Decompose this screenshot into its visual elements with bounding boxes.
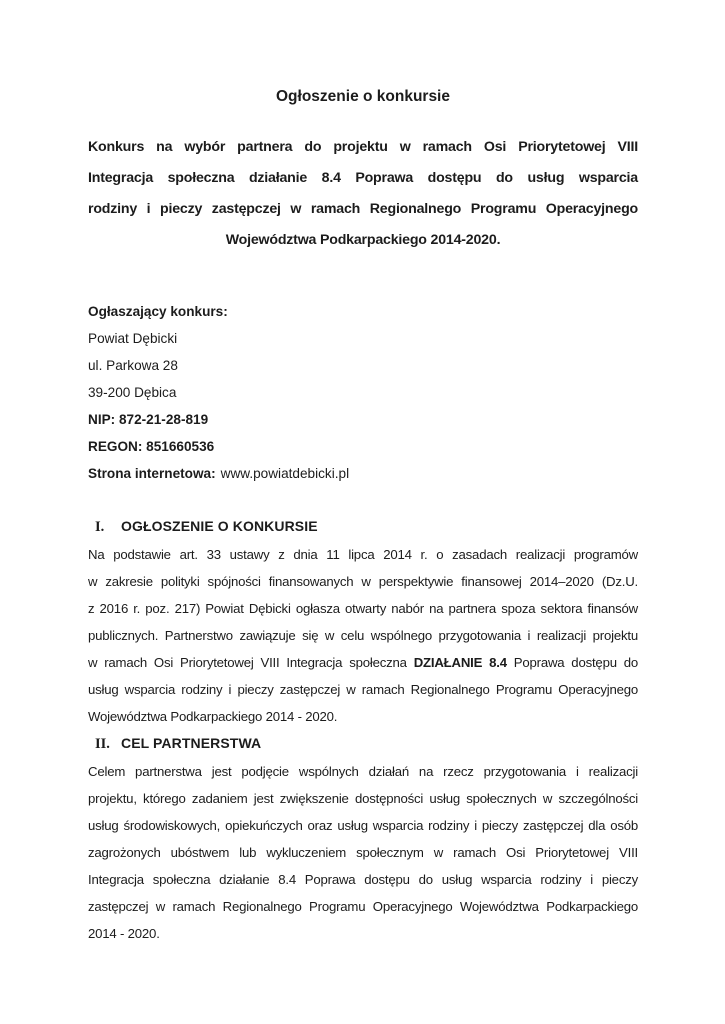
section-1-body: Na podstawie art. 33 ustawy z dnia 11 li… — [88, 541, 638, 730]
text-line: Województwa Podkarpackiego 2014-2020. — [88, 225, 638, 256]
text-line: usług środowiskowych, opiekuńczych oraz … — [88, 812, 638, 839]
section-2-number: II. — [95, 731, 121, 758]
section-2-body: Celem partnerstwa jest podjęcie wspólnyc… — [88, 758, 638, 947]
text-line: usług wsparcia rodziny i pieczy zastępcz… — [88, 676, 638, 703]
text-line: rodziny i pieczy zastępczej w ramach Reg… — [88, 194, 638, 225]
text-line: Integracja społeczna działanie 8.4 Popra… — [88, 866, 638, 893]
website-url: www.powiatdebicki.pl — [221, 466, 349, 481]
text-line: Integracja społeczna działanie 8.4 Popra… — [88, 163, 638, 194]
text-line: w ramach Osi Priorytetowej VIII Integrac… — [88, 649, 638, 676]
section-1-heading: I. OGŁOSZENIE O KONKURSIE — [88, 513, 638, 541]
text-line: 2014 - 2020. — [88, 920, 638, 947]
section-2-title: CEL PARTNERSTWA — [121, 730, 261, 757]
section-2-heading: II. CEL PARTNERSTWA — [88, 730, 638, 758]
text-line: zastępczej w ramach Regionalnego Program… — [88, 893, 638, 920]
announcer-name: Powiat Dębicki — [88, 325, 638, 352]
text-line: Konkurs na wybór partnera do projektu w … — [88, 132, 638, 163]
announcer-block: Ogłaszający konkurs: Powiat Dębicki ul. … — [88, 298, 638, 487]
announcer-city: 39-200 Dębica — [88, 379, 638, 406]
announcer-regon: REGON: 851660536 — [88, 433, 638, 460]
announcer-label: Ogłaszający konkurs: — [88, 298, 638, 325]
announcer-website: Strona internetowa:www.powiatdebicki.pl — [88, 460, 638, 487]
section-1-title: OGŁOSZENIE O KONKURSIE — [121, 513, 318, 540]
text-line: zagrożonych ubóstwem lub wykluczeniem sp… — [88, 839, 638, 866]
section-ogloszenie-o-konkursie: I. OGŁOSZENIE O KONKURSIE Na podstawie a… — [88, 513, 638, 730]
text-line: Celem partnerstwa jest podjęcie wspólnyc… — [88, 758, 638, 785]
text-line: Na podstawie art. 33 ustawy z dnia 11 li… — [88, 541, 638, 568]
intro-paragraph: Konkurs na wybór partnera do projektu w … — [88, 132, 638, 256]
section-1-number: I. — [95, 514, 121, 541]
text-line: projektu, którego zadaniem jest zwiększe… — [88, 785, 638, 812]
document-page: Ogłoszenie o konkursie Konkurs na wybór … — [0, 0, 725, 1024]
text-line: w zakresie polityki spójności finansowan… — [88, 568, 638, 595]
section-cel-partnerstwa: II. CEL PARTNERSTWA Celem partnerstwa je… — [88, 730, 638, 947]
text-line: z 2016 r. poz. 217) Powiat Dębicki ogłas… — [88, 595, 638, 622]
announcer-nip: NIP: 872-21-28-819 — [88, 406, 638, 433]
announcer-street: ul. Parkowa 28 — [88, 352, 638, 379]
text-line: publicznych. Partnerstwo zawiązuje się w… — [88, 622, 638, 649]
document-title: Ogłoszenie o konkursie — [88, 84, 638, 110]
text-line: Województwa Podkarpackiego 2014 - 2020. — [88, 703, 638, 730]
website-label: Strona internetowa: — [88, 466, 216, 481]
